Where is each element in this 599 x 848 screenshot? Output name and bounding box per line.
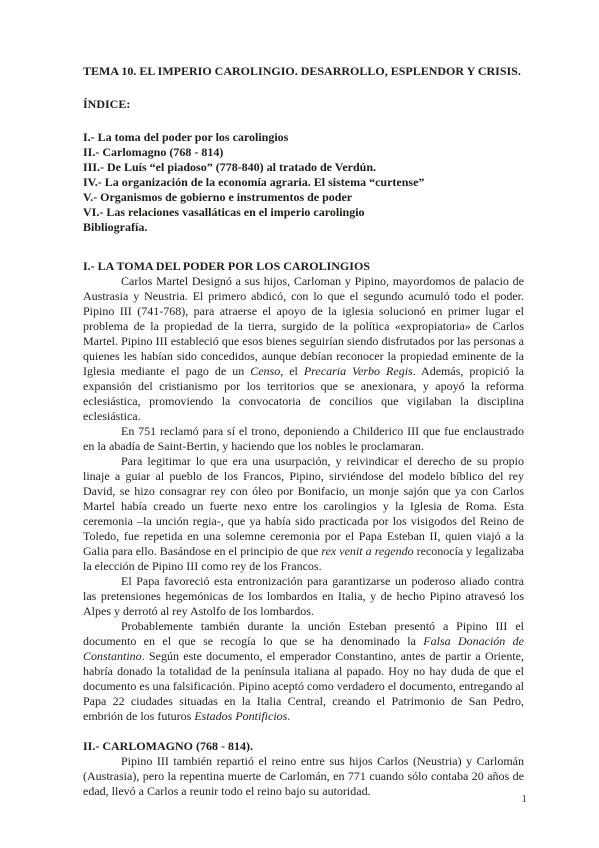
text-run: . Según este documento, el emperador Con… xyxy=(83,649,524,723)
text-run: , el xyxy=(280,364,304,378)
index-item: IV.- La organización de la economía agra… xyxy=(83,175,524,190)
document-title: TEMA 10. EL IMPERIO CAROLINGIO. DESARROL… xyxy=(83,64,524,79)
text-run: En 751 reclamó para sí el trono, deponie… xyxy=(83,424,524,453)
text-run: Pipino III también repartió el reino ent… xyxy=(83,754,524,798)
document-body: I.- LA TOMA DEL PODER POR LOS CAROLINGIO… xyxy=(83,259,524,799)
index-item: Bibliografía. xyxy=(83,220,524,235)
italic-text-run: Estados Pontificios xyxy=(194,709,287,723)
index-item: V.- Organismos de gobierno e instrumento… xyxy=(83,190,524,205)
paragraph: Pipino III también repartió el reino ent… xyxy=(83,754,524,799)
index-label: ÍNDICE: xyxy=(83,97,524,112)
index-item: VI.- Las relaciones vasalláticas en el i… xyxy=(83,205,524,220)
document-page: TEMA 10. EL IMPERIO CAROLINGIO. DESARROL… xyxy=(0,0,599,848)
page-number: 1 xyxy=(522,793,528,806)
paragraph: Para legitimar lo que era una usurpación… xyxy=(83,454,524,574)
paragraph: Carlos Martel Designó a sus hijos, Carlo… xyxy=(83,274,524,424)
italic-text-run: Precaria Verbo Regis xyxy=(304,364,413,378)
page-content: TEMA 10. EL IMPERIO CAROLINGIO. DESARROL… xyxy=(83,64,524,799)
index-item: II.- Carlomagno (768 - 814) xyxy=(83,145,524,160)
index-item: I.- La toma del poder por los carolingio… xyxy=(83,130,524,145)
text-run: Carlos Martel Designó a sus hijos, Carlo… xyxy=(83,274,524,378)
section-heading: II.- CARLOMAGNO (768 - 814). xyxy=(83,739,524,754)
italic-text-run: rex venit a regendo xyxy=(321,544,413,558)
text-run: Para legitimar lo que era una usurpación… xyxy=(83,454,524,558)
text-run: El Papa favoreció esta entronización par… xyxy=(83,574,524,618)
index-list: I.- La toma del poder por los carolingio… xyxy=(83,130,524,235)
blank-line xyxy=(83,724,524,739)
paragraph: En 751 reclamó para sí el trono, deponie… xyxy=(83,424,524,454)
section-heading: I.- LA TOMA DEL PODER POR LOS CAROLINGIO… xyxy=(83,259,524,274)
italic-text-run: Censo xyxy=(250,364,280,378)
text-run: . xyxy=(287,709,290,723)
paragraph: El Papa favoreció esta entronización par… xyxy=(83,574,524,619)
index-item: III.- De Luís “el piadoso” (778-840) al … xyxy=(83,160,524,175)
paragraph: Probablemente también durante la unción … xyxy=(83,619,524,724)
